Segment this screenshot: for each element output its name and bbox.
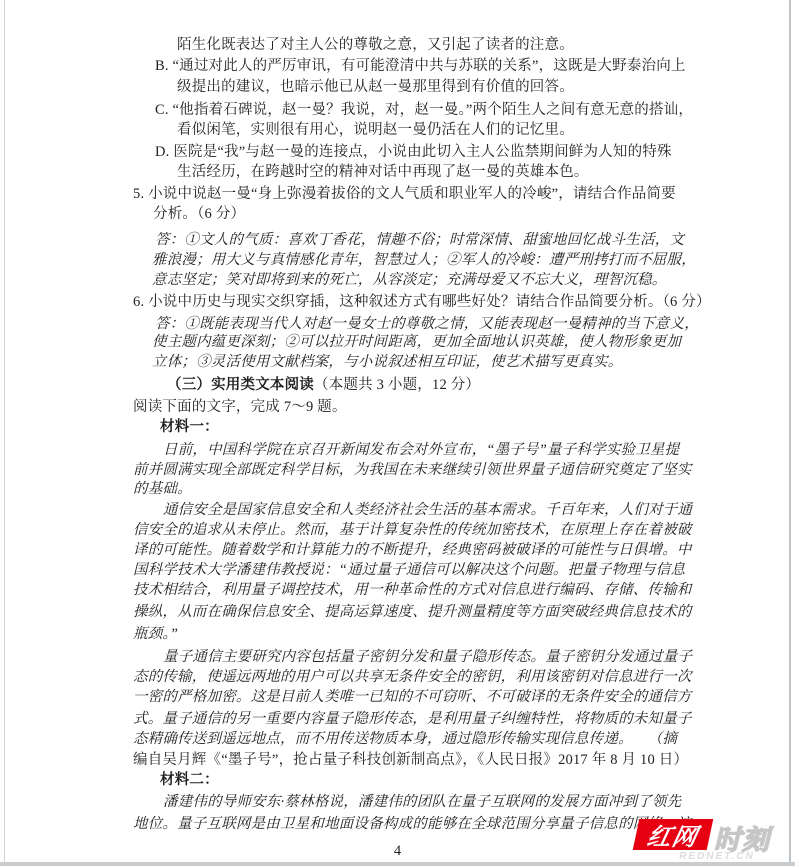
text-line: 材料一：: [160, 418, 219, 438]
text-line: 材料二：: [160, 771, 219, 791]
rednet-domain-text: REDNET.CN: [662, 851, 772, 862]
text-line: 通信安全是国家信息安全和人类经济社会生活的基本需求。千百年来，人们对于通: [163, 501, 692, 521]
text-line: 答：①文人的气质：喜欢丁香花，情趣不俗；时常深情、甜蜜地回忆战斗生活，文: [155, 231, 684, 251]
text-line: D. 医院是“我”与赵一曼的连接点，小说由此切入主人公监禁期间鲜为人知的特殊: [155, 143, 672, 163]
text-line: C. “他指着石碑说，赵一曼？我说，对，赵一曼。”两个陌生人之间有意无意的搭讪，: [155, 101, 693, 121]
text-line: 分析。（6 分）: [153, 205, 245, 225]
text-line: B. “通过对此人的严厉审讯，有可能澄清中共与苏联的关系”，这既是大野泰治向上: [155, 57, 686, 77]
text-line: 级提出的建议，也暗示他已从赵一曼那里得到有价值的回答。: [177, 78, 574, 98]
rednet-logo-red-block: 红网: [633, 819, 714, 850]
text-line: 译的可能性。随着数学和计算能力的不断提升，经典密码被破译的可能性与日俱增。中: [133, 541, 692, 561]
text-line: 5. 小说中说赵一曼“身上弥漫着拔俗的文人气质和职业军人的冷峻”，请结合作品简要: [133, 185, 676, 205]
text-line: 前并圆满实现全部既定科学目标，为我国在未来继续引领世界量子通信研究奠定了坚实: [133, 461, 692, 481]
text-line: 生活经历，在跨越时空的精神对话中再现了赵一曼的英雄本色。: [177, 163, 589, 183]
text-segment: （三）实用类文本阅读: [167, 377, 314, 393]
text-line: 式。量子通信的另一重要内容量子隐形传态，是利用量子纠缠特性，将物质的未知量子: [133, 710, 692, 730]
text-line: 国科学技术大学潘建伟教授说：“通过量子通信可以解决这个问题。把量子物理与信息: [133, 561, 685, 581]
text-line: 潘建伟的导师安东·蔡林格说，潘建伟的团队在量子互联网的发展方面冲到了领先: [163, 793, 681, 813]
text-line: 一密的严格加密。这是目前人类唯一已知的不可窃听、不可破译的无条件安全的通信方: [133, 688, 692, 708]
text-line: 技术相结合，利用量子调控技术，用一种革命性的方式对信息进行编码、存储、传输和: [133, 581, 692, 601]
text-line: 6. 小说中历史与现实交织穿插，这种叙述方式有哪些好处？请结合作品简要分析。（6…: [133, 293, 711, 313]
text-line: （三）实用类文本阅读（本题共 3 小题，12 分）: [167, 376, 480, 396]
text-line: 使主题内蕴更深刻；②可以拉开时间距离，更加全面地认识英雄，使人物形象更加: [152, 333, 681, 353]
text-line: 的基础。: [133, 480, 192, 500]
text-segment: （本题共 3 小题，12 分）: [314, 377, 480, 393]
text-line: 看似闲笔，实则很有用心，说明赵一曼仍活在人们的记忆里。: [177, 121, 574, 141]
page-edge-left: [4, 0, 5, 866]
text-line: 态精确传送到遥远地点，而不用传送物质本身，通过隐形传输实现信息传递。 （摘: [133, 730, 677, 750]
text-line: 信安全的追求从未停止。然而，基于计算复杂性的传统加密技术，在原理上存在着被破: [133, 521, 692, 541]
text-line: 量子通信主要研究内容包括量子密钥分发和量子隐形传态。量子密钥分发通过量子: [163, 648, 692, 668]
text-line: 操纵，从而在确保信息安全、提高运算速度、提升测量精度等方面突破经典信息技术的: [133, 603, 692, 623]
exam-page: 陌生化既表达了对主人公的尊敬之意，又引起了读者的注意。B. “通过对此人的严厉审…: [0, 0, 795, 866]
text-line: 瓶颈。”: [133, 625, 178, 645]
text-line: 答：①既能表现当代人对赵一曼女士的尊敬之情，又能表现赵一曼精神的当下意义，: [155, 315, 699, 335]
text-line: 编自吴月辉《“墨子号”，抢占量子科技创新制高点》，《人民日报》2017 年 8 …: [133, 751, 688, 771]
text-line: 日前，中国科学院在京召开新闻发布会对外宣布，“墨子号”量子科学实验卫星提: [163, 441, 679, 461]
text-line: 立体；③灵活使用文献档案，与小说叙述相互印证，使艺术描写更真实。: [152, 353, 622, 373]
text-line: 阅读下面的文字，完成 7～9 题。: [133, 398, 347, 418]
text-line: 态的传输，使遥远两地的用户可以共享无条件安全的密钥，利用该密钥对信息进行一次: [133, 668, 692, 688]
text-line: 雅浪漫；用大义与真情感化青年，智慧过人；②军人的冷峻：遭严刑拷打而不屈服，: [152, 251, 696, 271]
text-line: 地位。量子互联网是由卫星和地面设备构成的能够在全球范围分享量子信息的网络。这: [133, 815, 692, 835]
text-line: 意志坚定；笑对即将到来的死亡，从容淡定；充满母爱又不忘大义，理智沉稳。: [152, 271, 667, 291]
rednet-brand-text: 红网: [644, 817, 701, 852]
page-edge-right: [789, 0, 791, 866]
rednet-watermark: 红网 时刻 REDNET.CN: [630, 815, 795, 865]
text-line: 陌生化既表达了对主人公的尊敬之意，又引起了读者的注意。: [177, 36, 574, 56]
